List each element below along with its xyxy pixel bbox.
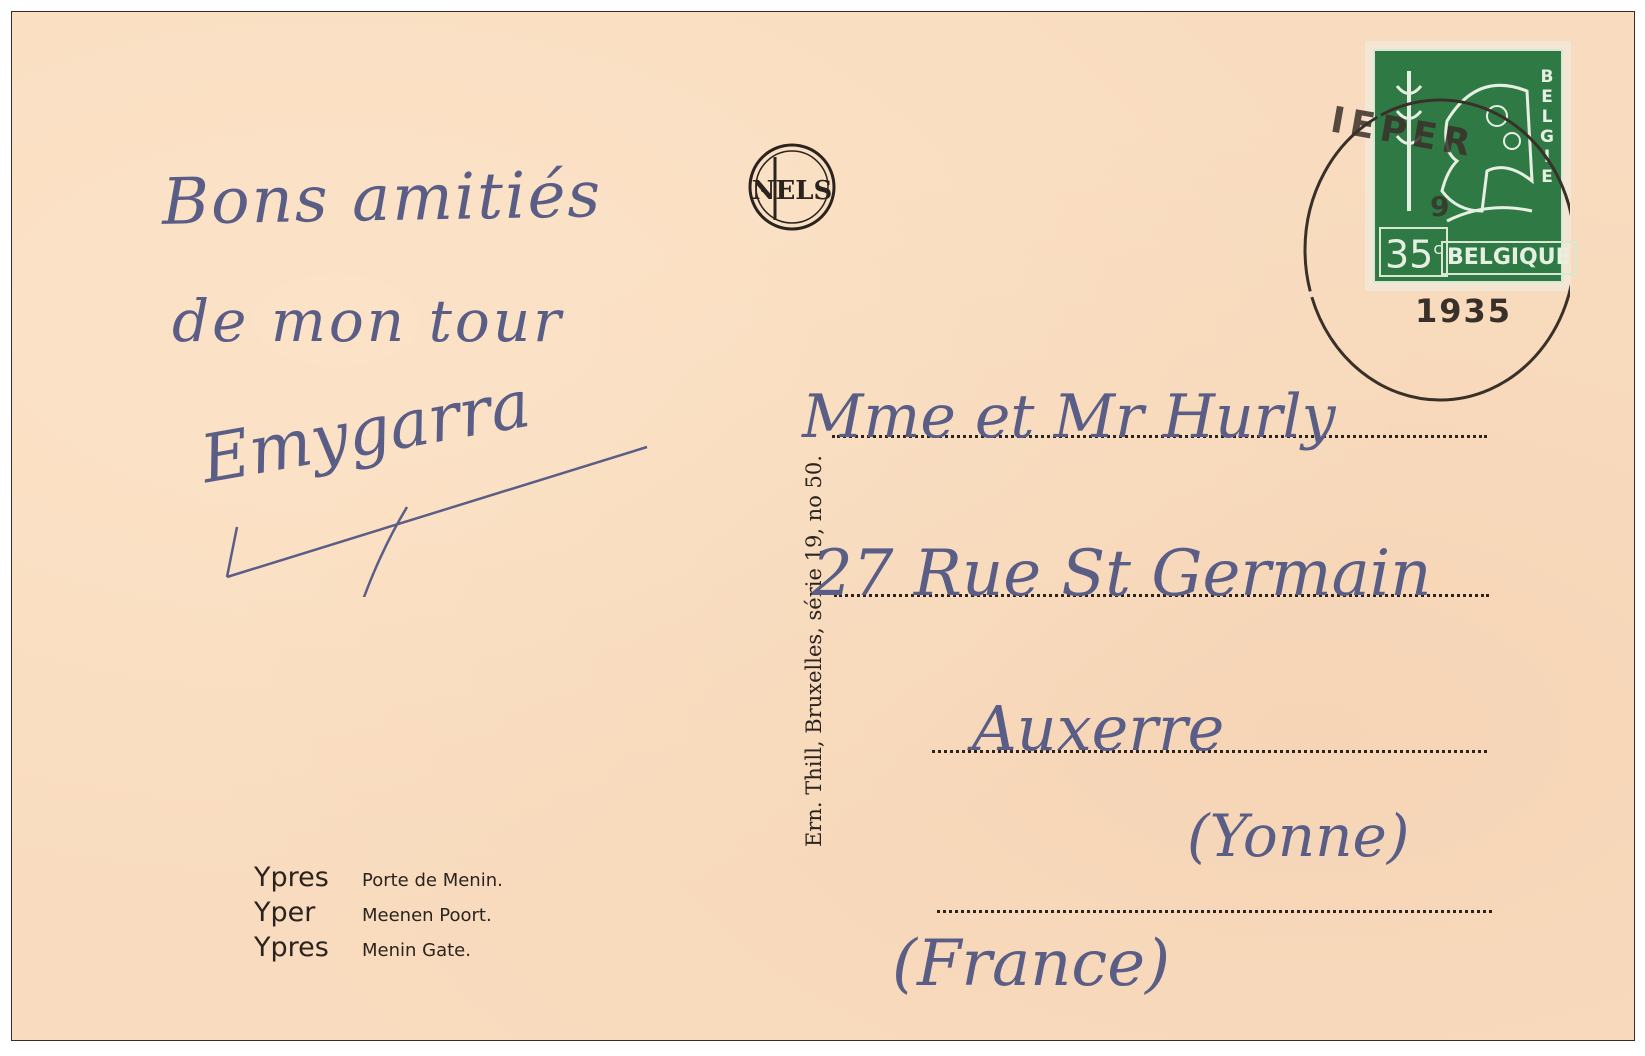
caption-description: Menin Gate. [362,940,471,961]
postcard-back: Bons amitiés de mon tour Emygarra NELS E… [11,11,1635,1041]
message-line-1: Bons amitiés [161,158,602,240]
caption-description: Meenen Poort. [362,905,492,926]
address-region: (Yonne) [1187,802,1409,870]
address-country: (France) [892,927,1170,1001]
publisher-imprint: Ern. Thill, Bruxelles, série 19, no 50. [802,455,826,847]
stamp-value: 35c [1379,227,1448,277]
signature-underline-icon [217,427,657,597]
stamp-country-bottom: BELGIQUE [1441,241,1577,275]
postmark-year: 1935 [1415,292,1512,330]
address-recipient: Mme et Mr Hurly [802,382,1336,452]
caption-description: Porte de Menin. [362,870,503,891]
stamp-face: BELGIE 35c BELGIQUE [1373,49,1563,283]
address-street: 27 Rue St Germain [812,537,1431,611]
address-line-4-rule [937,910,1492,913]
caption-city: Ypres [254,862,362,893]
caption-city: Ypres [254,932,362,963]
message-line-2: de mon tour [172,287,564,355]
postmark-day: 9 [1430,190,1449,223]
caption-row: Ypres Menin Gate. [254,932,503,967]
stamp-country-top: BELGIE [1535,67,1555,194]
caption-city: Yper [254,897,362,928]
caption-block: Ypres Porte de Menin. Yper Meenen Poort.… [254,862,503,967]
address-city: Auxerre [972,692,1224,765]
stamp-country-top-text: BELGIE [1535,67,1558,187]
caption-row: Ypres Porte de Menin. [254,862,503,897]
postage-stamp: BELGIE 35c BELGIQUE [1369,45,1567,287]
stamp-value-number: 35 [1385,233,1433,277]
nels-logo-icon: NELS [747,142,837,232]
caption-row: Yper Meenen Poort. [254,897,503,932]
